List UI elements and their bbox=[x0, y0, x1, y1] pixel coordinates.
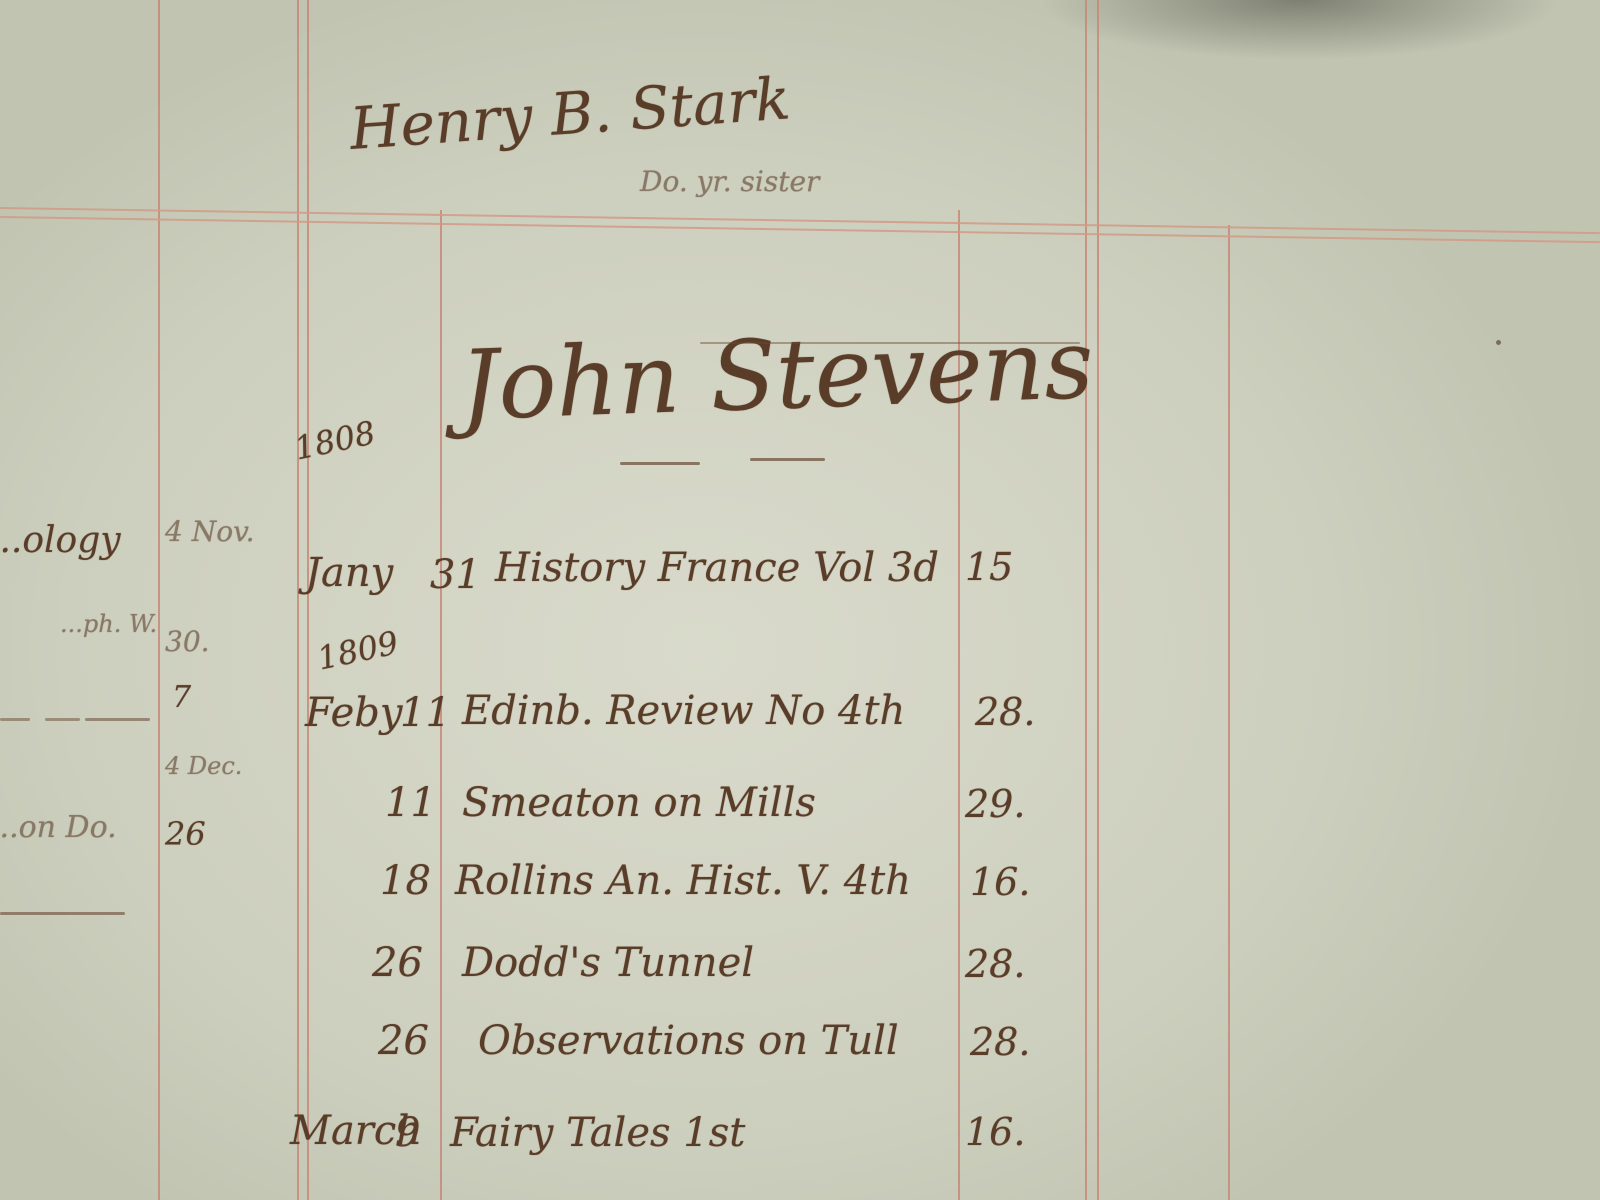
left-fragment-note: 7 bbox=[172, 680, 191, 715]
entry-amount: 29. bbox=[965, 782, 1025, 826]
column-rule bbox=[1228, 225, 1230, 1200]
entry-title: Fairy Tales 1st bbox=[450, 1110, 745, 1156]
entry-amount: 15 bbox=[965, 545, 1013, 589]
entry-day: 11 bbox=[400, 690, 451, 736]
entry-title: Edinb. Review No 4th bbox=[462, 688, 905, 734]
entry-day: 18 bbox=[380, 858, 431, 904]
previous-signature-note: Do. yr. sister bbox=[640, 165, 819, 198]
dash-rule bbox=[45, 718, 80, 721]
flourish-underline bbox=[700, 342, 1080, 344]
left-fragment-text: ...on Do. bbox=[0, 810, 117, 845]
column-rule bbox=[1085, 0, 1087, 1200]
entry-day: 26 bbox=[372, 940, 423, 986]
left-fragment-note: 26 bbox=[165, 815, 206, 853]
entry-month: Feby bbox=[305, 690, 402, 736]
flourish-underline bbox=[750, 458, 825, 461]
account-year: 1808 bbox=[291, 413, 379, 467]
previous-signature: Henry B. Stark bbox=[348, 64, 793, 163]
column-rule bbox=[297, 0, 299, 1200]
ledger-page: Henry B. Stark Do. yr. sister 1808 John … bbox=[0, 0, 1600, 1200]
dash-rule bbox=[85, 718, 150, 721]
account-name: John Stevens bbox=[458, 308, 1095, 442]
entry-year: 1809 bbox=[314, 623, 402, 677]
entry-title: Smeaton on Mills bbox=[462, 780, 816, 826]
column-rule bbox=[307, 0, 309, 1200]
left-fragment-note: 4 Dec. bbox=[165, 752, 242, 780]
entry-title: Rollins An. Hist. V. 4th bbox=[455, 858, 911, 904]
entry-day: 11 bbox=[385, 780, 436, 826]
dash-rule bbox=[0, 718, 30, 721]
entry-amount: 16. bbox=[970, 860, 1030, 904]
entry-amount: 28. bbox=[970, 1020, 1030, 1064]
column-rule bbox=[1097, 0, 1099, 1200]
flourish-underline bbox=[620, 462, 700, 465]
entry-day: 31 bbox=[430, 552, 481, 598]
entry-month: Jany bbox=[305, 550, 393, 596]
ink-speck bbox=[1496, 340, 1501, 345]
entry-title: Dodd's Tunnel bbox=[462, 940, 754, 986]
entry-amount: 28. bbox=[965, 942, 1025, 986]
entry-amount: 16. bbox=[965, 1110, 1025, 1154]
left-fragment-note: 4 Nov. bbox=[165, 515, 254, 548]
column-rule bbox=[158, 0, 160, 1200]
entry-day: 9 bbox=[395, 1110, 420, 1156]
closing-rule bbox=[0, 912, 125, 915]
left-fragment-text: ...ph. W. bbox=[60, 610, 157, 638]
entry-amount: 28. bbox=[975, 690, 1035, 734]
entry-title: History France Vol 3d bbox=[495, 545, 939, 591]
left-fragment-text: ...ology bbox=[0, 520, 121, 561]
left-fragment-note: 30. bbox=[165, 625, 210, 658]
entry-day: 26 bbox=[378, 1018, 429, 1064]
entry-title: Observations on Tull bbox=[478, 1018, 899, 1064]
